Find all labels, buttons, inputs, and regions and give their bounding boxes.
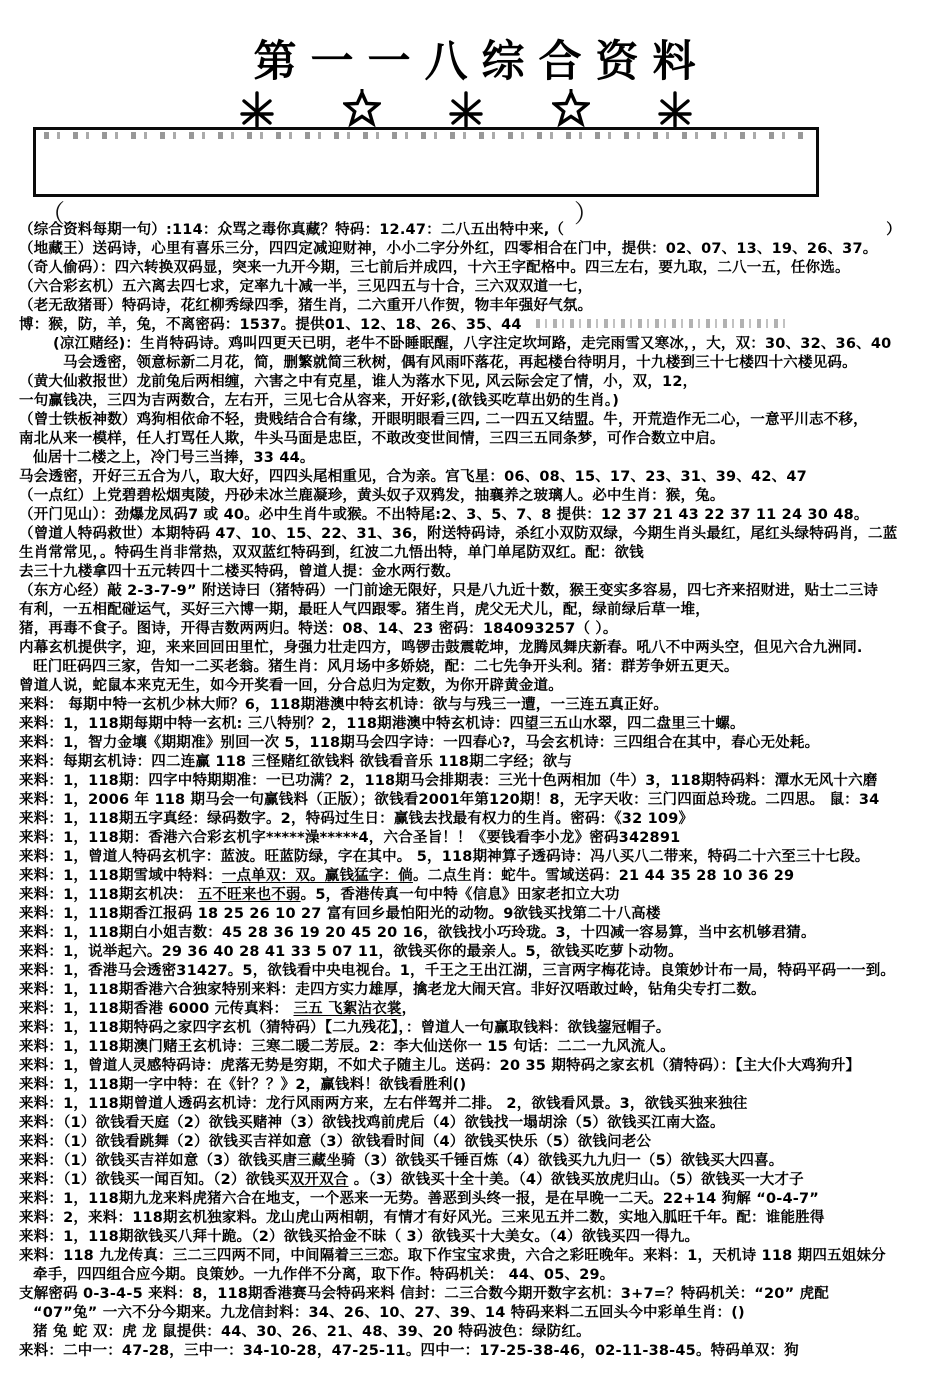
- text-line: 马会透密，领意标新二月花，简，删繁就简三秋树，偶有风雨吓落花，再起楼台待明月，十…: [19, 354, 947, 373]
- star-icon: [343, 88, 381, 128]
- plain-text: 猪 兔 蛇 双：虎 龙 鼠提供：44、30、26、21、48、39、20 特码波…: [33, 1324, 591, 1340]
- line-text: 来料：118 九龙传真：三二三四两不同，中间隔着三三恋。取下作宝宝求贵，六合之彩…: [19, 1248, 886, 1264]
- plain-text: 来料：1，说举起六。29 36 40 28 41 33 5 07 11，欲钱买你…: [19, 944, 683, 960]
- underlined-text: 一点单双：双。赢钱猛字：倘: [222, 868, 413, 884]
- plain-text: 。（3）欲钱买十全十美。（4）欲钱买放虎归山。（5）欲钱买一大才子: [349, 1172, 804, 1188]
- line-text: 来料：（1）欲钱看天庭（2）欲钱买赌神（3）欲钱找鸡前虎后（4）欲钱找一塌胡涂（…: [19, 1115, 725, 1131]
- text-line: 一句赢钱决，三四为吉两数合，左右开，三见七合从容来，开好彩,(欲钱买吃草出奶的生…: [19, 392, 947, 411]
- line-text: 生肖常常见，。特码生肖非常热，双双蓝红特码到，红波二九悟出特，单门单尾防双红。配…: [19, 545, 644, 561]
- line-text: 来料：1，118期白小姐吉数：45 28 36 19 20 45 20 16，欲…: [19, 925, 816, 941]
- line-text: （开门见山）：劲爆龙凤码7 或 40。必中生肖牛或猴。不出特尾:2、3、5、7、…: [19, 507, 869, 523]
- line-text: 来料： 每期中特一玄机少林大师？6，118期港澳中特玄机诗：欲与与残三一遭，一三…: [19, 697, 668, 713]
- plain-text: 来料：1，118期香江报码 18 25 26 10 27 富有回乡最怕阳光的动物…: [19, 906, 661, 922]
- plain-text: （一点红）上党碧碧松烟夷陵，丹砂未冰兰鹿凝珍，黄头奴子双鸦发，抽襄养之玻璃人。必…: [19, 488, 725, 504]
- line-text: 来料：1，118期香江报码 18 25 26 10 27 富有回乡最怕阳光的动物…: [19, 906, 661, 922]
- line-text: （六合彩玄机）五六离去四七求，定率九十减一半，三见四五与十合，三六双双道一七，: [19, 279, 592, 295]
- plain-text: 来料：1，118期澳门赌王玄机诗：三寒二暖二芳辰。2：李大仙送你一 15 句话：…: [19, 1039, 675, 1055]
- text-line: 来料：1，118期曾道人透码玄机诗：龙行风雨两方来，左右伴驾并二排。 2，欲钱看…: [19, 1095, 947, 1114]
- underlined-text: 双开双合: [290, 1172, 349, 1188]
- plain-text: （老无敌猪哥）特码诗，花红柳秀绿四季，猪生肖，二六重开八作贺，物丰年强好气氛。: [19, 298, 592, 314]
- text-line: 来料：1，118期雪域中特料：一点单双：双。赢钱猛字：倘。二点生肖：蛇牛。雪域送…: [19, 867, 947, 886]
- plain-text: 一句赢钱决，三四为吉两数合，左右开，三见七合从容来，开好彩,(欲钱买吃草出奶的生…: [19, 393, 619, 409]
- text-line: 来料：1，118期澳门赌王玄机诗：三寒二暖二芳辰。2：李大仙送你一 15 句话：…: [19, 1038, 947, 1057]
- line-text: 来料：1，118期玄机决： 五不旺来也不弱。5，香港传真一句中特《信息》田家老扣…: [19, 887, 620, 903]
- line-text: 来料：1，118期：香港六合彩玄机字*****澡*****4，六合圣旨！！《要钱…: [19, 830, 680, 846]
- line-text: 来料：1，118期特码之家四字玄机（猜特码）【二九残花】，：曾道人一句赢取钱料：…: [19, 1020, 671, 1036]
- plain-text: 来料：1，118期欲钱买八拜十跪。（2）欲钱买拾金不昧（ 3）欲钱买十大美女。（…: [19, 1229, 699, 1245]
- text-line: 来料：1，118期白小姐吉数：45 28 36 19 20 45 20 16，欲…: [19, 924, 947, 943]
- plain-text: 来料：1，118期特码之家四字玄机（猜特码）【二九残花】，：曾道人一句赢取钱料：…: [19, 1020, 671, 1036]
- line-text: 来料：（1）欲钱买一闻百知。（2）欲钱买双开双合 。（3）欲钱买十全十美。（4）…: [19, 1172, 804, 1188]
- plain-text: 。二点生肖：蛇牛。雪域送码：21 44 35 28 10 36 29: [413, 868, 794, 884]
- text-line: 来料：1，说举起六。29 36 40 28 41 33 5 07 11，欲钱买你…: [19, 943, 947, 962]
- line-text: 来料：（1）欲钱看跳舞（2）欲钱买吉祥如意（3）欲钱看时间（4）欲钱买快乐（5）…: [19, 1134, 651, 1150]
- plain-text: 来料：1，香港马会透密31427。5，欲钱看中央电视台。1，千王之王出江湖，三言…: [19, 963, 895, 979]
- text-line: （综合资料每期一句）:114：众骂之毒你真藏？特码：12.47：二八五出特中来,…: [19, 221, 947, 240]
- plain-text: 来料：1，智力金壤《期期准》别回一次 5，118期马会四字诗：一四春心?，马会玄…: [19, 735, 819, 751]
- plain-text: 南北从来一模样，任人打骂任人欺，牛头马面是忠臣，不敢改变世间情，三四三五同条梦，…: [19, 431, 725, 447]
- line-text: 支解密码 0-3-4-5 来料：8，118期香港赛马会特码来料 信封：二三合数今…: [19, 1286, 829, 1302]
- line-text: （一点红）上党碧碧松烟夷陵，丹砂未冰兰鹿凝珍，黄头奴子双鸦发，抽襄养之玻璃人。必…: [19, 488, 725, 504]
- plain-text: （奇人偷码）：四六转换双码显，突来一九开今期，三七前后并成四，十六王字配格中。四…: [19, 260, 850, 276]
- line-text: （地藏王）送码诗，心里有喜乐三分，四四定减迎财神，小小二字分外红，四零相合在门中…: [19, 241, 877, 257]
- plain-text: 来料：1，118期白小姐吉数：45 28 36 19 20 45 20 16，欲…: [19, 925, 816, 941]
- text-line: 马会透密，开好三五合为八，取大好，四四头尾相重见，合为亲。宫飞星：06、08、1…: [19, 468, 947, 487]
- line-text: 来料：1，118期香港 6000 元传真料： 三五 飞絮沾衣裳，: [19, 1001, 416, 1017]
- text-line: 来料：1，118期香港 6000 元传真料： 三五 飞絮沾衣裳，: [19, 1000, 947, 1019]
- plain-text: 来料：（1）欲钱买吉祥如意（3）欲钱买唐三藏坐骑（3）欲钱买千锤百炼（4）欲钱买…: [19, 1153, 784, 1169]
- text-line: 南北从来一模样，任人打骂任人欺，牛头马面是忠臣，不敢改变世间情，三四三五同条梦，…: [19, 430, 947, 449]
- page-title: 第一一八综合资料: [0, 28, 949, 89]
- text-line: 来料：1，智力金壤《期期准》别回一次 5，118期马会四字诗：一四春心?，马会玄…: [19, 734, 947, 753]
- text-line: （曾士铁板神数）鸡狗相依命不轻，贵贱结合合有缘，开眼明眼看三四, 二一四五又结盟…: [19, 411, 947, 430]
- plain-text: （曾道人特码救世）本期特码 47、10、15、22、31、36，附送特码诗，杀红…: [19, 526, 897, 542]
- text-line: 猪 兔 蛇 双：虎 龙 鼠提供：44、30、26、21、48、39、20 特码波…: [19, 1323, 947, 1342]
- plain-text: （综合资料每期一句）:114：众骂之毒你真藏？特码：12.47：二八五出特中来,…: [19, 222, 564, 238]
- text-line: 来料：1，118期：香港六合彩玄机字*****澡*****4，六合圣旨！！《要钱…: [19, 829, 947, 848]
- text-line: 猪，再毒不食子。图诗，开得吉数两两归。特送：08、14、23 密码：184093…: [19, 620, 947, 639]
- text-line: 来料：（1）欲钱看天庭（2）欲钱买赌神（3）欲钱找鸡前虎后（4）欲钱找一塌胡涂（…: [19, 1114, 947, 1133]
- underlined-text: 三五 飞絮沾衣裳: [293, 1001, 401, 1017]
- text-line: （一点红）上党碧碧松烟夷陵，丹砂未冰兰鹿凝珍，黄头奴子双鸦发，抽襄养之玻璃人。必…: [19, 487, 947, 506]
- line-text: 来料：（1）欲钱买吉祥如意（3）欲钱买唐三藏坐骑（3）欲钱买千锤百炼（4）欲钱买…: [19, 1153, 784, 1169]
- text-line: 来料：1，118期五字真经：绿码数字。2，特码过生日：赢钱去找最有权力的生肖。密…: [19, 810, 947, 829]
- text-line: （地藏王）送码诗，心里有喜乐三分，四四定减迎财神，小小二字分外红，四零相合在门中…: [19, 240, 947, 259]
- text-line: （六合彩玄机）五六离去四七求，定率九十减一半，三见四五与十合，三六双双道一七，: [19, 278, 947, 297]
- line-text: 来料：二中一：47-28，三中一：34-10-28，47-25-11。四中一：1…: [19, 1343, 799, 1359]
- text-line: 旺门旺码四三家，告知一二买老翁。猪生肖：风月场中多娇娆，配：二七先争开头利。猪：…: [19, 658, 947, 677]
- stars-row: [240, 90, 692, 128]
- line-text: “07”兔” 一六不分今期来。九龙信封料：34、26、10、27、39、14 特…: [33, 1305, 745, 1321]
- underlined-text: 五不旺来也不弱: [198, 887, 301, 903]
- plain-text: （黄大仙救报世）龙前兔后两相缠，六害之中有克星，谁人为落水下见, 风云际会定了情…: [19, 374, 697, 390]
- line-text: （曾士铁板神数）鸡狗相依命不轻，贵贱结合合有缘，开眼明眼看三四, 二一四五又结盟…: [19, 412, 868, 428]
- text-line: 来料：1，118期一字中特：在《针？？》2，赢钱料！欲钱看胜利(): [19, 1076, 947, 1095]
- line-text: (凉江赌经)：生肖特码诗。鸡叫四更天已明，老牛不卧睡眠醒，八字注定坎坷路，走完雨…: [53, 336, 891, 352]
- line-text: 曾道人说，蛇鼠本来克无生，如今开奖看一回，分合总归为定数，为你开辟黄金道。: [19, 678, 563, 694]
- plain-text: （曾士铁板神数）鸡狗相依命不轻，贵贱结合合有缘，开眼明眼看三四, 二一四五又结盟…: [19, 412, 868, 428]
- plain-text: 去三十九楼拿四十五元转四十二楼买特码，曾道人提：金水两行数。: [19, 564, 460, 580]
- burst-icon: [449, 91, 483, 128]
- text-line: (凉江赌经)：生肖特码诗。鸡叫四更天已明，老牛不卧睡眠醒，八字注定坎坷路，走完雨…: [19, 335, 947, 354]
- star-icon: [552, 88, 590, 128]
- plain-text: 马会透密，开好三五合为八，取大好，四四头尾相重见，合为亲。宫飞星：06、08、1…: [19, 469, 807, 485]
- plain-text: 来料：118 九龙传真：三二三四两不同，中间隔着三三恋。取下作宝宝求贵，六合之彩…: [19, 1248, 886, 1264]
- text-line: 生肖常常见，。特码生肖非常热，双双蓝红特码到，红波二九悟出特，单门单尾防双红。配…: [19, 544, 947, 563]
- plain-text: 来料：1，118期玄机决：: [19, 887, 198, 903]
- line-text: （黄大仙救报世）龙前兔后两相缠，六害之中有克星，谁人为落水下见, 风云际会定了情…: [19, 374, 697, 390]
- text-line: 来料：2，来料：118期玄机独家料。龙山虎山两相朝，有情才有好风光。三来见五并二…: [19, 1209, 947, 1228]
- line-text: 来料：1，118期：四字中特期期准：一已功满？2，118期马会排期表：三光十色两…: [19, 773, 877, 789]
- text-line: 仙居十二楼之上，冷门号三当捧，33 44。: [19, 449, 947, 468]
- line-text: 来料：1，118期雪域中特料：一点单双：双。赢钱猛字：倘。二点生肖：蛇牛。雪域送…: [19, 868, 794, 884]
- text-line: （奇人偷码）：四六转换双码显，突来一九开今期，三七前后并成四，十六王字配格中。四…: [19, 259, 947, 278]
- plain-text: 来料：1，118期：四字中特期期准：一已功满？2，118期马会排期表：三光十色两…: [19, 773, 877, 789]
- line-text: 来料：1，118期一字中特：在《针？？》2，赢钱料！欲钱看胜利(): [19, 1077, 466, 1093]
- line-text: 猪，再毒不食子。图诗，开得吉数两两归。特送：08、14、23 密码：184093…: [19, 621, 618, 637]
- plain-text: 。5，香港传真一句中特《信息》田家老扣立大功: [301, 887, 620, 903]
- lottery-info-sheet: 第一一八综合资料 （ ） （综合资料每期一句）:114：众骂之毒你真藏？特码：1…: [0, 0, 949, 1388]
- plain-text: 来料：2，来料：118期玄机独家料。龙山虎山两相朝，有情才有好风光。三来见五并二…: [19, 1210, 825, 1226]
- plain-text: 曾道人说，蛇鼠本来克无生，如今开奖看一回，分合总归为定数，为你开辟黄金道。: [19, 678, 563, 694]
- line-text: 去三十九楼拿四十五元转四十二楼买特码，曾道人提：金水两行数。: [19, 564, 460, 580]
- line-text: 一句赢钱决，三四为吉两数合，左右开，三见七合从容来，开好彩,(欲钱买吃草出奶的生…: [19, 393, 619, 409]
- text-line: 来料：1，曾道人特码玄机字：蓝波。旺蓝防绿，字在其中。 5，118期神算子透码诗…: [19, 848, 947, 867]
- line-text: 有利，一五相配碰运气，买好三六博一期，最旺人气四跟零。猪生肖，虎父无犬儿，配，绿…: [19, 602, 710, 618]
- plain-text: （开门见山）：劲爆龙凤码7 或 40。必中生肖牛或猴。不出特尾:2、3、5、7、…: [19, 507, 869, 523]
- plain-text: 马会透密，领意标新二月花，简，删繁就简三秋树，偶有风雨吓落花，再起楼台待明月，十…: [63, 355, 857, 371]
- plain-text: 来料：1，118期五字真经：绿码数字。2，特码过生日：赢钱去找最有权力的生肖。密…: [19, 811, 693, 827]
- line-text: 博：猴，防，羊，兔，不离密码：1537。提供01、12、18、26、35、44: [19, 317, 786, 333]
- text-line: （东方心经）敲 2-3-7-9” 附送诗曰（猪特码）一门前途无限好，只是八九近十…: [19, 582, 947, 601]
- plain-text: 来料：（1）欲钱看跳舞（2）欲钱买吉祥如意（3）欲钱看时间（4）欲钱买快乐（5）…: [19, 1134, 651, 1150]
- line-text: 来料：1，118期澳门赌王玄机诗：三寒二暖二芳辰。2：李大仙送你一 15 句话：…: [19, 1039, 675, 1055]
- text-line: 来料：1，118期：四字中特期期准：一已功满？2，118期马会排期表：三光十色两…: [19, 772, 947, 791]
- empty-frame-box: [33, 127, 819, 197]
- text-line: 有利，一五相配碰运气，买好三六博一期，最旺人气四跟零。猪生肖，虎父无犬儿，配，绿…: [19, 601, 947, 620]
- line-text: 来料：1，曾道人特码玄机字：蓝波。旺蓝防绿，字在其中。 5，118期神算子透码诗…: [19, 849, 870, 865]
- line-text: 来料：1，118期香港六合独家特别来料：走四方实力雄厚，擒老龙大闹天宫。非好汉唔…: [19, 982, 766, 998]
- plain-text: 来料：1，118期曾道人透码玄机诗：龙行风雨两方来，左右伴驾并二排。 2，欲钱看…: [19, 1096, 747, 1112]
- text-line: 来料：1，118期欲钱买八拜十跪。（2）欲钱买拾金不昧（ 3）欲钱买十大美女。（…: [19, 1228, 947, 1247]
- text-line: “07”兔” 一六不分今期来。九龙信封料：34、26、10、27、39、14 特…: [19, 1304, 947, 1323]
- text-line: 来料：1，118期香江报码 18 25 26 10 27 富有回乡最怕阳光的动物…: [19, 905, 947, 924]
- text-line: （黄大仙救报世）龙前兔后两相缠，六害之中有克星，谁人为落水下见, 风云际会定了情…: [19, 373, 947, 392]
- plain-text: （六合彩玄机）五六离去四七求，定率九十减一半，三见四五与十合，三六双双道一七，: [19, 279, 592, 295]
- line-text: 仙居十二楼之上，冷门号三当捧，33 44。: [33, 450, 315, 466]
- plain-text: 牵手，四四组合应今期。良策妙。一九作伴不分离，取下作。特码机关： 44、05、2…: [33, 1267, 614, 1283]
- plain-text: 生肖常常见，。特码生肖非常热，双双蓝红特码到，红波二九悟出特，单门单尾防双红。配…: [19, 545, 644, 561]
- line-text: 来料：每期玄机诗：四二连赢 118 三怪赌红欲钱料 欲钱看音乐 118期二字经；…: [19, 754, 572, 770]
- plain-text: 来料：1，118期香港六合独家特别来料：走四方实力雄厚，擒老龙大闹天宫。非好汉唔…: [19, 982, 766, 998]
- line-text: （老无敌猪哥）特码诗，花红柳秀绿四季，猪生肖，二六重开八作贺，物丰年强好气氛。: [19, 298, 592, 314]
- line-text: 旺门旺码四三家，告知一二买老翁。猪生肖：风月场中多娇娆，配：二七先争开头利。猪：…: [33, 659, 739, 675]
- burst-icon: [240, 91, 274, 128]
- plain-text: 来料：1，118期雪域中特料：: [19, 868, 222, 884]
- line-text: 马会透密，领意标新二月花，简，删繁就简三秋树，偶有风雨吓落花，再起楼台待明月，十…: [63, 355, 857, 371]
- line-text: 来料：1，118期每期中特一玄机: 三八特别？2，118期港澳中特玄机诗：四望三…: [19, 716, 745, 732]
- plain-text: 来料：二中一：47-28，三中一：34-10-28，47-25-11。四中一：1…: [19, 1343, 799, 1359]
- plain-text: 来料：1，118期香港 6000 元传真料：: [19, 1001, 293, 1017]
- text-line: 来料：每期玄机诗：四二连赢 118 三怪赌红欲钱料 欲钱看音乐 118期二字经；…: [19, 753, 947, 772]
- line-text: 猪 兔 蛇 双：虎 龙 鼠提供：44、30、26、21、48、39、20 特码波…: [33, 1324, 591, 1340]
- text-line: 来料： 每期中特一玄机少林大师？6，118期港澳中特玄机诗：欲与与残三一遭，一三…: [19, 696, 947, 715]
- text-block: （综合资料每期一句）:114：众骂之毒你真藏？特码：12.47：二八五出特中来,…: [19, 221, 947, 1361]
- plain-text: 来料：1，曾道人灵感特码诗：虎落无势是穷期，不如犬子随主儿。送码：20 35 期…: [19, 1058, 860, 1074]
- burst-icon: [658, 91, 692, 128]
- line-text: （曾道人特码救世）本期特码 47、10、15、22、31、36，附送特码诗，杀红…: [19, 526, 897, 542]
- scan-noise: [536, 319, 786, 328]
- line-text: 来料：1，118期欲钱买八拜十跪。（2）欲钱买拾金不昧（ 3）欲钱买十大美女。（…: [19, 1229, 699, 1245]
- text-line: 来料：1，曾道人灵感特码诗：虎落无势是穷期，不如犬子随主儿。送码：20 35 期…: [19, 1057, 947, 1076]
- text-line: 来料：1，118期香港六合独家特别来料：走四方实力雄厚，擒老龙大闹天宫。非好汉唔…: [19, 981, 947, 1000]
- line-text: 来料：1，118期曾道人透码玄机诗：龙行风雨两方来，左右伴驾并二排。 2，欲钱看…: [19, 1096, 747, 1112]
- text-line: 曾道人说，蛇鼠本来克无生，如今开奖看一回，分合总归为定数，为你开辟黄金道。: [19, 677, 947, 696]
- text-line: 来料：1，118期九龙来料虎猪六合在地支，一个恶来一无势。善恶到头终一报，是在早…: [19, 1190, 947, 1209]
- line-text: 来料：1，说举起六。29 36 40 28 41 33 5 07 11，欲钱买你…: [19, 944, 683, 960]
- text-line: 来料：1，118期玄机决： 五不旺来也不弱。5，香港传真一句中特《信息》田家老扣…: [19, 886, 947, 905]
- plain-text: 来料：1，曾道人特码玄机字：蓝波。旺蓝防绿，字在其中。 5，118期神算子透码诗…: [19, 849, 870, 865]
- line-text: 南北从来一模样，任人打骂任人欺，牛头马面是忠臣，不敢改变世间情，三四三五同条梦，…: [19, 431, 725, 447]
- plain-text: （东方心经）敲 2-3-7-9” 附送诗曰（猪特码）一门前途无限好，只是八九近十…: [19, 583, 878, 599]
- plain-text: 博：猴，防，羊，兔，不离密码：1537。提供01、12、18、26、35、44: [19, 317, 522, 333]
- plain-text: 猪，再毒不食子。图诗，开得吉数两两归。特送：08、14、23 密码：184093…: [19, 621, 618, 637]
- plain-text: (凉江赌经)：生肖特码诗。鸡叫四更天已明，老牛不卧睡眠醒，八字注定坎坷路，走完雨…: [53, 336, 891, 352]
- plain-text: 来料：（1）欲钱买一闻百知。（2）欲钱买: [19, 1172, 290, 1188]
- line-text: （东方心经）敲 2-3-7-9” 附送诗曰（猪特码）一门前途无限好，只是八九近十…: [19, 583, 878, 599]
- plain-text: 有利，一五相配碰运气，买好三六博一期，最旺人气四跟零。猪生肖，虎父无犬儿，配，绿…: [19, 602, 710, 618]
- plain-text: 来料：1，118期：香港六合彩玄机字*****澡*****4，六合圣旨！！《要钱…: [19, 830, 680, 846]
- text-line: 来料：1，香港马会透密31427。5，欲钱看中央电视台。1，千王之王出江湖，三言…: [19, 962, 947, 981]
- scan-noise: [44, 132, 808, 139]
- plain-text: “07”兔” 一六不分今期来。九龙信封料：34、26、10、27、39、14 特…: [33, 1305, 745, 1321]
- text-line: 支解密码 0-3-4-5 来料：8，118期香港赛马会特码来料 信封：二三合数今…: [19, 1285, 947, 1304]
- line-text: 来料：1，智力金壤《期期准》别回一次 5，118期马会四字诗：一四春心?，马会玄…: [19, 735, 819, 751]
- text-line: 来料：1，118期每期中特一玄机: 三八特别？2，118期港澳中特玄机诗：四望三…: [19, 715, 947, 734]
- plain-text: 来料：1，118期一字中特：在《针？？》2，赢钱料！欲钱看胜利(): [19, 1077, 466, 1093]
- line-text: 牵手，四四组合应今期。良策妙。一九作伴不分离，取下作。特码机关： 44、05、2…: [33, 1267, 614, 1283]
- plain-text: 来料：（1）欲钱看天庭（2）欲钱买赌神（3）欲钱找鸡前虎后（4）欲钱找一塌胡涂（…: [19, 1115, 725, 1131]
- text-line: 牵手，四四组合应今期。良策妙。一九作伴不分离，取下作。特码机关： 44、05、2…: [19, 1266, 947, 1285]
- text-line: 内幕玄机提供字，迎，来来回回田里忙，身强力壮走四方，鸣锣击鼓震乾坤，龙腾凤舞庆新…: [19, 639, 947, 658]
- plain-text: ，: [402, 1001, 417, 1017]
- text-line: （曾道人特码救世）本期特码 47、10、15、22、31、36，附送特码诗，杀红…: [19, 525, 947, 544]
- line-text: 来料：1，118期五字真经：绿码数字。2，特码过生日：赢钱去找最有权力的生肖。密…: [19, 811, 693, 827]
- line-text: 马会透密，开好三五合为八，取大好，四四头尾相重见，合为亲。宫飞星：06、08、1…: [19, 469, 807, 485]
- text-line: 来料：1，2006 年 118 期马会一句赢钱料（正版）；欲钱看2001年第12…: [19, 791, 947, 810]
- plain-text: 仙居十二楼之上，冷门号三当捧，33 44。: [33, 450, 315, 466]
- plain-text: 内幕玄机提供字，迎，来来回回田里忙，身强力壮走四方，鸣锣击鼓震乾坤，龙腾凤舞庆新…: [19, 640, 863, 656]
- text-line: 来料：（1）欲钱看跳舞（2）欲钱买吉祥如意（3）欲钱看时间（4）欲钱买快乐（5）…: [19, 1133, 947, 1152]
- text-line: 来料：1，118期特码之家四字玄机（猜特码）【二九残花】，：曾道人一句赢取钱料：…: [19, 1019, 947, 1038]
- line-text: 来料：1，曾道人灵感特码诗：虎落无势是穷期，不如犬子随主儿。送码：20 35 期…: [19, 1058, 860, 1074]
- text-line: 博：猴，防，羊，兔，不离密码：1537。提供01、12、18、26、35、44: [19, 316, 947, 335]
- text-line: 来料：（1）欲钱买吉祥如意（3）欲钱买唐三藏坐骑（3）欲钱买千锤百炼（4）欲钱买…: [19, 1152, 947, 1171]
- plain-text: 来料：1，118期九龙来料虎猪六合在地支，一个恶来一无势。善恶到头终一报，是在早…: [19, 1191, 819, 1207]
- plain-text: 支解密码 0-3-4-5 来料：8，118期香港赛马会特码来料 信封：二三合数今…: [19, 1286, 829, 1302]
- line-text: 来料：1，2006 年 118 期马会一句赢钱料（正版）；欲钱看2001年第12…: [19, 792, 879, 808]
- line-text: 内幕玄机提供字，迎，来来回回田里忙，身强力壮走四方，鸣锣击鼓震乾坤，龙腾凤舞庆新…: [19, 640, 863, 656]
- text-line: （老无敌猪哥）特码诗，花红柳秀绿四季，猪生肖，二六重开八作贺，物丰年强好气氛。: [19, 297, 947, 316]
- plain-text: （地藏王）送码诗，心里有喜乐三分，四四定减迎财神，小小二字分外红，四零相合在门中…: [19, 241, 877, 257]
- text-line: 去三十九楼拿四十五元转四十二楼买特码，曾道人提：金水两行数。: [19, 563, 947, 582]
- plain-text: 来料： 每期中特一玄机少林大师？6，118期港澳中特玄机诗：欲与与残三一遭，一三…: [19, 697, 668, 713]
- line-text: （奇人偷码）：四六转换双码显，突来一九开今期，三七前后并成四，十六王字配格中。四…: [19, 260, 850, 276]
- text-line: 来料：（1）欲钱买一闻百知。（2）欲钱买双开双合 。（3）欲钱买十全十美。（4）…: [19, 1171, 947, 1190]
- line-text: 来料：1，118期九龙来料虎猪六合在地支，一个恶来一无势。善恶到头终一报，是在早…: [19, 1191, 819, 1207]
- line-text: 来料：1，香港马会透密31427。5，欲钱看中央电视台。1，千王之王出江湖，三言…: [19, 963, 895, 979]
- line-text: （综合资料每期一句）:114：众骂之毒你真藏？特码：12.47：二八五出特中来,…: [19, 221, 564, 240]
- text-line: 来料：118 九龙传真：三二三四两不同，中间隔着三三恋。取下作宝宝求贵，六合之彩…: [19, 1247, 947, 1266]
- plain-text: 来料：1，2006 年 118 期马会一句赢钱料（正版）；欲钱看2001年第12…: [19, 792, 879, 808]
- line-text: 来料：2，来料：118期玄机独家料。龙山虎山两相朝，有情才有好风光。三来见五并二…: [19, 1210, 825, 1226]
- plain-text: 来料：每期玄机诗：四二连赢 118 三怪赌红欲钱料 欲钱看音乐 118期二字经；…: [19, 754, 572, 770]
- plain-text: 旺门旺码四三家，告知一二买老翁。猪生肖：风月场中多娇娆，配：二七先争开头利。猪：…: [33, 659, 739, 675]
- plain-text: 来料：1，118期每期中特一玄机: 三八特别？2，118期港澳中特玄机诗：四望三…: [19, 716, 745, 732]
- text-line: 来料：二中一：47-28，三中一：34-10-28，47-25-11。四中一：1…: [19, 1342, 947, 1361]
- text-line: （开门见山）：劲爆龙凤码7 或 40。必中生肖牛或猴。不出特尾:2、3、5、7、…: [19, 506, 947, 525]
- line-right-paren: ）: [886, 221, 901, 240]
